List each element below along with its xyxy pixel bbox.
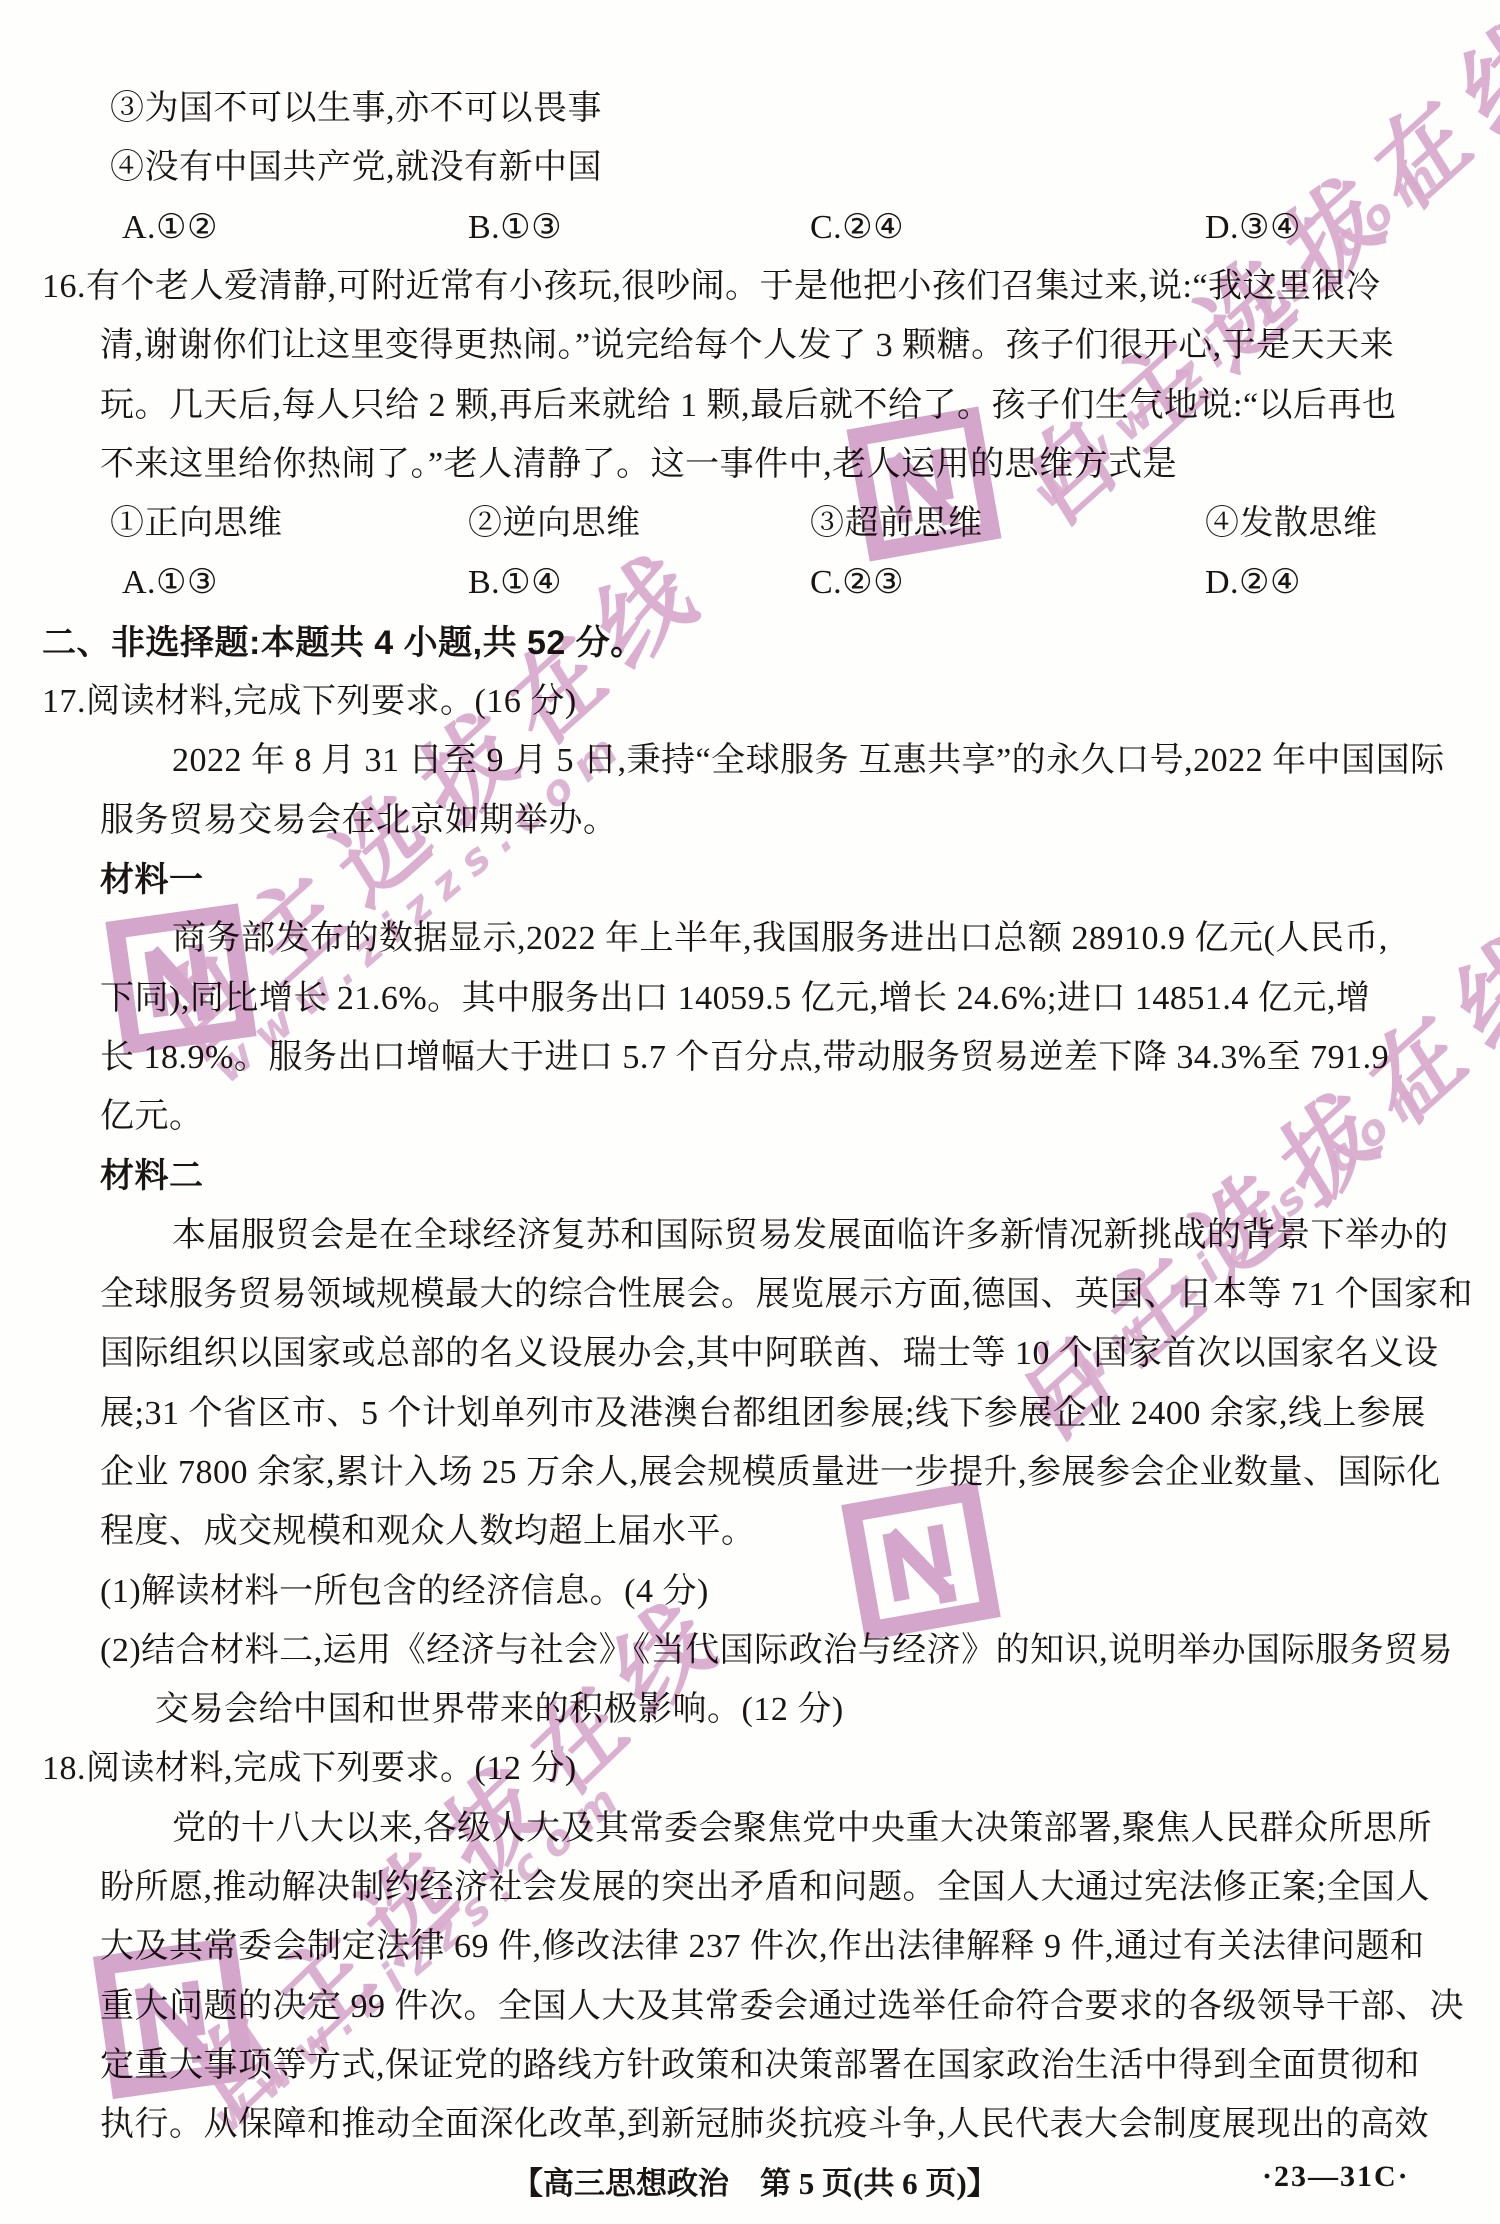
text-line: 下同),同比增长 21.6%。其中服务出口 14059.5 亿元,增长 24.6… bbox=[100, 978, 1370, 1020]
text-line: 长 18.9%。服务出口增幅大于进口 5.7 个百分点,带动服务贸易逆差下降 3… bbox=[100, 1037, 1389, 1079]
option-item: B.①③ bbox=[468, 207, 562, 249]
option-item: B.①④ bbox=[468, 562, 562, 604]
text-line: 玩。几天后,每人只给 2 颗,再后来就给 1 颗,最后就不给了。孩子们生气地说:… bbox=[100, 385, 1397, 427]
option-item: D.②④ bbox=[1205, 562, 1301, 604]
text-line: 全球服务贸易领域规模最大的综合性展会。展览展示方面,德国、英国、日本等 71 个… bbox=[100, 1274, 1473, 1316]
text-line: 16.有个老人爱清静,可附近常有小孩玩,很吵闹。于是他把小孩们召集过来,说:“我… bbox=[42, 266, 1381, 308]
text-line: 程度、成交规模和观众人数均超上届水平。 bbox=[100, 1511, 756, 1553]
option-item: C.②③ bbox=[810, 562, 904, 604]
text-line: 展;31 个省区市、5 个计划单列市及港澳台都组团参展;线下参展企业 2400 … bbox=[100, 1393, 1426, 1435]
text-line: 亿元。 bbox=[100, 1096, 204, 1138]
text-line: 盼所愿,推动解决制约经济社会发展的突出矛盾和问题。全国人大通过宪法修正案;全国人 bbox=[100, 1867, 1430, 1909]
footer-title: 【高三思想政治 第 5 页(共 6 页)】 bbox=[512, 2158, 998, 2203]
option-item: ④发散思维 bbox=[1205, 503, 1378, 545]
option-item: ③超前思维 bbox=[810, 503, 983, 545]
text-line: 清,谢谢你们让这里变得更热闹。”说完给每个人发了 3 颗糖。孩子们很开心,于是天… bbox=[100, 325, 1394, 367]
page-footer: 【高三思想政治 第 5 页(共 6 页)】 ·23—31C· bbox=[0, 2158, 1500, 2204]
option-item: ②逆向思维 bbox=[468, 503, 641, 545]
text-line: 执行。从保障和推动全面深化改革,到新冠肺炎抗疫斗争,人民代表大会制度展现出的高效 bbox=[100, 2104, 1429, 2146]
text-line: 重大问题的决定 99 件次。全国人大及其常委会通过选举任命符合要求的各级领导干部… bbox=[100, 1986, 1464, 2028]
text-line: 国际组织以国家或总部的名义设展办会,其中阿联酋、瑞士等 10 个国家首次以国家名… bbox=[100, 1333, 1439, 1375]
option-item: ①正向思维 bbox=[110, 503, 283, 545]
text-line: 商务部发布的数据显示,2022 年上半年,我国服务进出口总额 28910.9 亿… bbox=[172, 918, 1388, 960]
text-line: 本届服贸会是在全球经济复苏和国际贸易发展面临许多新情况新挑战的背景下举办的 bbox=[172, 1215, 1449, 1257]
text-line: 材料二 bbox=[100, 1155, 204, 1197]
text-line: 不来这里给你热闹了。”老人清静了。这一事件中,老人运用的思维方式是 bbox=[100, 444, 1177, 486]
text-line: 材料一 bbox=[100, 859, 204, 901]
text-line: ④没有中国共产党,就没有新中国 bbox=[110, 147, 602, 189]
option-item: A.①③ bbox=[122, 562, 218, 604]
text-line: ③为国不可以生事,亦不可以畏事 bbox=[110, 88, 602, 130]
text-line: (2)结合材料二,运用《经济与社会》《当代国际政治与经济》的知识,说明举办国际服… bbox=[100, 1630, 1453, 1672]
text-line: 服务贸易交易会在北京如期举办。 bbox=[100, 800, 618, 842]
text-line: 大及其常委会制定法律 69 件,修改法律 237 件次,作出法律解释 9 件,通… bbox=[100, 1926, 1425, 1968]
text-line: 企业 7800 余家,累计入场 25 万余人,展会规模质量进一步提升,参展参会企… bbox=[100, 1452, 1441, 1494]
text-line: 定重大事项等方式,保证党的路线方针政策和决策部署在国家政治生活中得到全面贯彻和 bbox=[100, 2045, 1420, 2087]
text-line: 二、非选择题:本题共 4 小题,共 52 分。 bbox=[42, 622, 645, 664]
document-lines: ③为国不可以生事,亦不可以畏事④没有中国共产党,就没有新中国A.①②B.①③C.… bbox=[0, 0, 1500, 2224]
text-line: 2022 年 8 月 31 日至 9 月 5 日,秉持“全球服务 互惠共享”的永… bbox=[172, 740, 1445, 782]
text-line: 党的十八大以来,各级人大及其常委会聚焦党中央重大决策部署,聚焦人民群众所思所 bbox=[172, 1808, 1432, 1850]
footer-paper-code: ·23—31C· bbox=[1262, 2160, 1410, 2194]
option-item: D.③④ bbox=[1205, 207, 1301, 249]
option-item: C.②④ bbox=[810, 207, 904, 249]
text-line: 交易会给中国和世界带来的积极影响。(12 分) bbox=[155, 1689, 844, 1731]
text-line: (1)解读材料一所包含的经济信息。(4 分) bbox=[100, 1571, 709, 1613]
text-line: 18.阅读材料,完成下列要求。(12 分) bbox=[42, 1748, 577, 1790]
text-line: 17.阅读材料,完成下列要求。(16 分) bbox=[42, 681, 577, 723]
option-item: A.①② bbox=[122, 207, 218, 249]
exam-page: ③为国不可以生事,亦不可以畏事④没有中国共产党,就没有新中国A.①②B.①③C.… bbox=[0, 0, 1500, 2224]
